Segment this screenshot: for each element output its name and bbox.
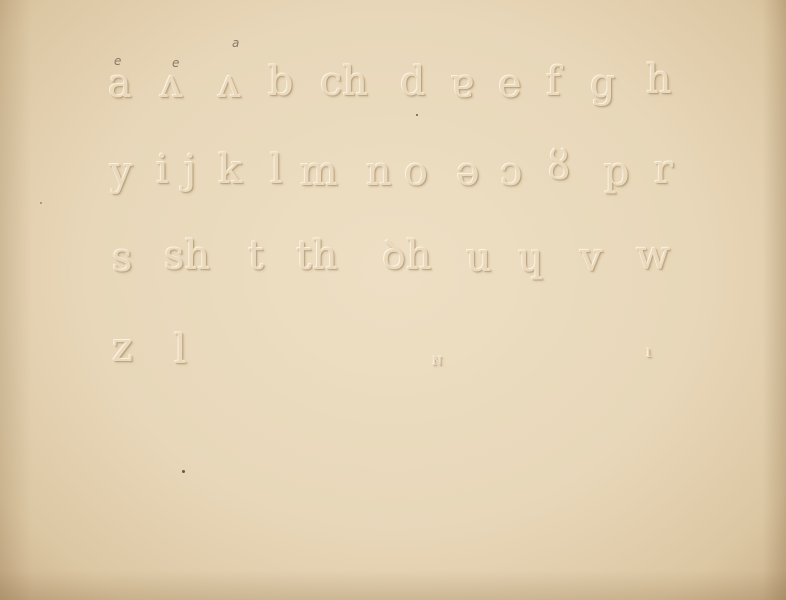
glyph: y bbox=[110, 152, 133, 192]
glyph: w bbox=[636, 236, 670, 276]
glyph: l bbox=[174, 330, 187, 370]
glyph: i bbox=[156, 150, 169, 190]
glyph: g bbox=[590, 64, 616, 104]
glyph: j bbox=[184, 150, 196, 190]
glyph: p bbox=[604, 152, 630, 192]
glyph: a bbox=[108, 64, 132, 104]
glyph: th bbox=[296, 236, 338, 276]
glyph: ɥ bbox=[518, 238, 544, 278]
glyph: d bbox=[400, 62, 426, 102]
pencil-mark: a bbox=[232, 36, 239, 50]
glyph: h bbox=[646, 60, 672, 100]
ink-speck bbox=[416, 114, 418, 116]
glyph: ch bbox=[320, 62, 368, 102]
glyph: o bbox=[404, 152, 428, 192]
glyph: u bbox=[466, 238, 492, 278]
glyph: ə bbox=[456, 152, 480, 192]
glyph: n bbox=[366, 152, 392, 192]
glyph: f bbox=[546, 62, 561, 102]
glyph: sh bbox=[164, 236, 210, 276]
glyph: e bbox=[498, 64, 522, 104]
glyph: l bbox=[270, 150, 283, 190]
glyph: k bbox=[218, 150, 242, 190]
ink-speck bbox=[40, 202, 42, 204]
glyph: ɐ bbox=[450, 64, 474, 104]
glyph: s bbox=[112, 238, 133, 278]
glyph: ꝺh bbox=[382, 236, 432, 276]
glyph: ı bbox=[646, 344, 651, 360]
glyph: ʌ bbox=[160, 64, 183, 104]
glyph: z bbox=[112, 328, 133, 368]
glyph: ɴ bbox=[432, 352, 442, 368]
embossed-paper: e e a a ʌ ʌ b ch d ɐ e f g h y i j k l m… bbox=[0, 0, 786, 600]
ink-speck bbox=[182, 470, 185, 473]
glyph: v bbox=[580, 238, 603, 278]
glyph: m bbox=[300, 152, 338, 192]
glyph: t bbox=[248, 236, 264, 276]
glyph: ȣ bbox=[548, 146, 570, 186]
glyph: r bbox=[654, 150, 673, 190]
glyph: ɔ bbox=[500, 152, 522, 192]
glyph: ʌ bbox=[218, 64, 241, 104]
glyph: b bbox=[268, 62, 294, 102]
